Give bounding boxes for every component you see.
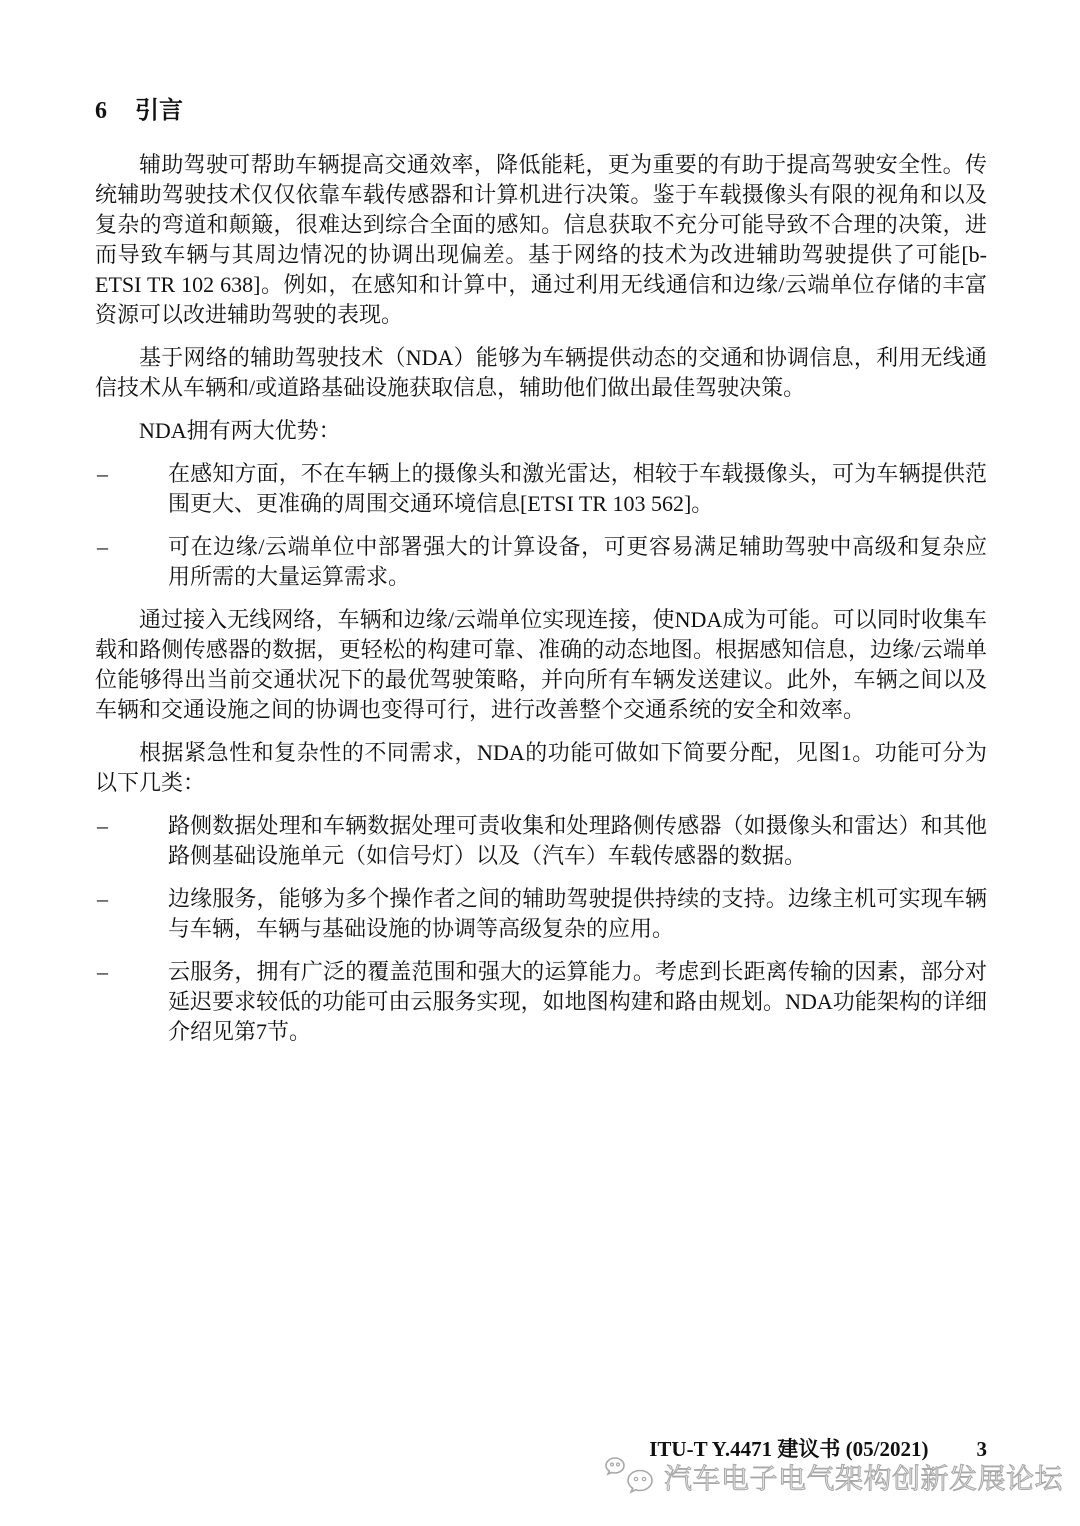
bullet-dash: –	[97, 884, 108, 914]
section-heading: 6 引言	[95, 96, 987, 126]
bullet-dash: –	[97, 532, 108, 562]
paragraph-3: NDA拥有两大优势：	[95, 416, 987, 446]
paragraph-5: 根据紧急性和复杂性的不同需求，NDA的功能可做如下简要分配，见图1。功能可分为以…	[95, 738, 987, 798]
bullet-dash: –	[97, 811, 108, 841]
watermark: 汽车电子电气架构创新发展论坛	[602, 1456, 1063, 1502]
bullet-text: 在感知方面，不在车辆上的摄像头和激光雷达，相较于车载摄像头，可为车辆提供范围更大…	[168, 461, 987, 516]
bullet-item: – 可在边缘/云端单位中部署强大的计算设备，可更容易满足辅助驾驶中高级和复杂应用…	[95, 532, 987, 592]
bullet-text: 可在边缘/云端单位中部署强大的计算设备，可更容易满足辅助驾驶中高级和复杂应用所需…	[168, 534, 987, 589]
paragraph-4: 通过接入无线网络，车辆和边缘/云端单位实现连接，使NDA成为可能。可以同时收集车…	[95, 605, 987, 725]
bullet-item: – 路侧数据处理和车辆数据处理可责收集和处理路侧传感器（如摄像头和雷达）和其他路…	[95, 811, 987, 871]
page-content: 6 引言 辅助驾驶可帮助车辆提高交通效率，降低能耗，更为重要的有助于提高驾驶安全…	[95, 96, 987, 1060]
bullet-text: 边缘服务，能够为多个操作者之间的辅助驾驶提供持续的支持。边缘主机可实现车辆与车辆…	[168, 886, 987, 941]
bullet-item: – 边缘服务，能够为多个操作者之间的辅助驾驶提供持续的支持。边缘主机可实现车辆与…	[95, 884, 987, 944]
wechat-icon	[602, 1456, 660, 1502]
bullet-text: 路侧数据处理和车辆数据处理可责收集和处理路侧传感器（如摄像头和雷达）和其他路侧基…	[168, 813, 987, 868]
bullet-item: – 云服务，拥有广泛的覆盖范围和强大的运算能力。考虑到长距离传输的因素，部分对延…	[95, 957, 987, 1047]
section-title: 引言	[135, 96, 183, 126]
bullet-text: 云服务，拥有广泛的覆盖范围和强大的运算能力。考虑到长距离传输的因素，部分对延迟要…	[168, 959, 987, 1044]
section-number: 6	[95, 96, 135, 126]
bullet-dash: –	[97, 459, 108, 489]
document-page: 6 引言 辅助驾驶可帮助车辆提高交通效率，降低能耗，更为重要的有助于提高驾驶安全…	[0, 0, 1080, 1526]
paragraph-2: 基于网络的辅助驾驶技术（NDA）能够为车辆提供动态的交通和协调信息，利用无线通信…	[95, 343, 987, 403]
bullet-item: – 在感知方面，不在车辆上的摄像头和激光雷达，相较于车载摄像头，可为车辆提供范围…	[95, 459, 987, 519]
watermark-text: 汽车电子电气架构创新发展论坛	[664, 1456, 1063, 1502]
paragraph-1: 辅助驾驶可帮助车辆提高交通效率，降低能耗，更为重要的有助于提高驾驶安全性。传统辅…	[95, 150, 987, 330]
bullet-dash: –	[97, 957, 108, 987]
